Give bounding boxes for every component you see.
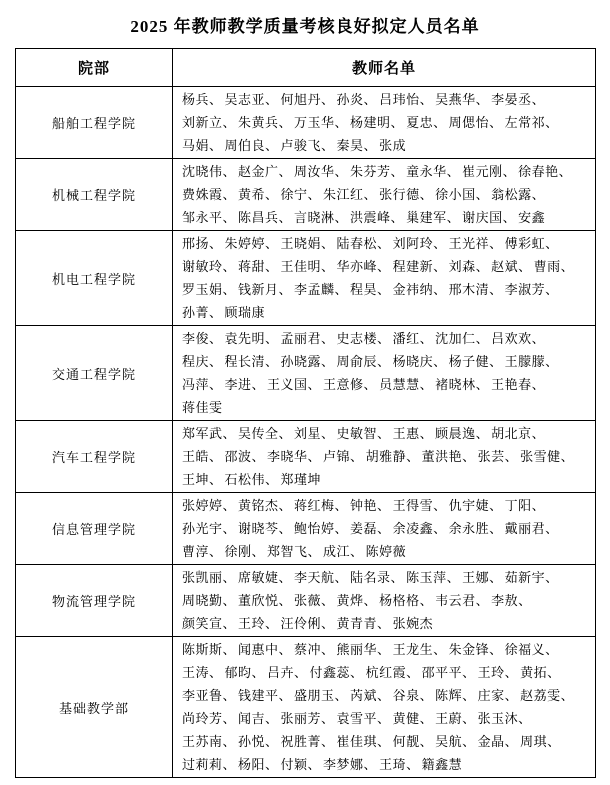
teacher-name: 左常祁、 bbox=[505, 111, 559, 134]
teacher-name: 茹新宇、 bbox=[505, 566, 559, 589]
teacher-name: 徐福义、 bbox=[505, 638, 559, 661]
teacher-name: 周琪、 bbox=[520, 730, 561, 753]
teacher-name: 顾瑞康 bbox=[225, 301, 266, 324]
teacher-name: 朱婷婷、 bbox=[225, 232, 279, 255]
teacher-name: 王艳春、 bbox=[491, 373, 545, 396]
teacher-name: 余凌鑫、 bbox=[393, 517, 447, 540]
teacher-name: 吕卉、 bbox=[267, 661, 308, 684]
teacher-name: 吕玮怡、 bbox=[379, 88, 433, 111]
teacher-list-cell: 郑军武、吴传全、刘星、史敏智、王惠、顾晨逸、胡北京、王皓、邵波、李晓华、卢锦、胡… bbox=[173, 421, 596, 493]
teacher-name: 冯萍、 bbox=[182, 373, 223, 396]
teacher-name: 程昊、 bbox=[350, 278, 391, 301]
teacher-name: 韦云君、 bbox=[435, 589, 489, 612]
teacher-name: 付颖、 bbox=[281, 753, 322, 776]
teacher-name: 陈玉萍、 bbox=[406, 566, 460, 589]
teacher-name: 芮斌、 bbox=[350, 684, 391, 707]
teacher-name: 席敏婕、 bbox=[238, 566, 292, 589]
teacher-name: 蔡冲、 bbox=[294, 638, 335, 661]
teacher-name: 赵金广、 bbox=[238, 160, 292, 183]
teacher-name: 秦昊、 bbox=[337, 134, 378, 157]
teacher-name: 董洪艳、 bbox=[422, 445, 476, 468]
document-title: 2025 年教师教学质量考核良好拟定人员名单 bbox=[15, 12, 595, 37]
teacher-name: 黄拓、 bbox=[520, 661, 561, 684]
teacher-name: 姜磊、 bbox=[350, 517, 391, 540]
teacher-name: 吴志亚、 bbox=[225, 88, 279, 111]
teacher-name: 褚晓林、 bbox=[435, 373, 489, 396]
table-row: 汽车工程学院郑军武、吴传全、刘星、史敏智、王惠、顾晨逸、胡北京、王皓、邵波、李晓… bbox=[16, 421, 596, 493]
teacher-name: 黄烨、 bbox=[337, 589, 378, 612]
table-header-row: 院部 教师名单 bbox=[16, 49, 596, 87]
teacher-name: 周晓勤、 bbox=[182, 589, 236, 612]
teacher-name: 周汝华、 bbox=[294, 160, 348, 183]
teacher-name: 郁昀、 bbox=[225, 661, 266, 684]
teacher-name: 陈斯斯、 bbox=[182, 638, 236, 661]
teacher-name: 王苏南、 bbox=[182, 730, 236, 753]
teacher-name: 曹淳、 bbox=[182, 540, 223, 563]
teacher-name: 余永胜、 bbox=[449, 517, 503, 540]
teacher-name: 赵荔雯、 bbox=[520, 684, 574, 707]
teacher-name: 言晓淋、 bbox=[294, 206, 348, 229]
teacher-name: 谢敏玲、 bbox=[182, 255, 236, 278]
department-cell: 机电工程学院 bbox=[16, 231, 173, 326]
teacher-name: 袁先明、 bbox=[225, 327, 279, 350]
teacher-name: 钟艳、 bbox=[350, 494, 391, 517]
teacher-name: 黄健、 bbox=[393, 707, 434, 730]
teacher-name: 王涛、 bbox=[182, 661, 223, 684]
teacher-name: 籍鑫慧 bbox=[422, 753, 463, 776]
teacher-name: 周俞辰、 bbox=[337, 350, 391, 373]
teacher-name: 刘星、 bbox=[294, 422, 335, 445]
teacher-name: 汪伶俐、 bbox=[281, 612, 335, 635]
teacher-name: 王玲、 bbox=[238, 612, 279, 635]
teacher-name: 曹雨、 bbox=[534, 255, 575, 278]
teacher-name: 王龙生、 bbox=[393, 638, 447, 661]
table-body: 船舶工程学院杨兵、吴志亚、何旭丹、孙炎、吕玮怡、吴燕华、李晏丞、刘新立、朱黄兵、… bbox=[16, 87, 596, 778]
document-page: 2025 年教师教学质量考核良好拟定人员名单 院部 教师名单 船舶工程学院杨兵、… bbox=[0, 0, 610, 785]
teacher-name: 闻惠中、 bbox=[238, 638, 292, 661]
teacher-name: 罗玉娟、 bbox=[182, 278, 236, 301]
teacher-name: 王玲、 bbox=[478, 661, 519, 684]
teacher-name: 王朦朦、 bbox=[505, 350, 559, 373]
teacher-name: 童永华、 bbox=[406, 160, 460, 183]
teacher-name: 鲍怡婷、 bbox=[294, 517, 348, 540]
teacher-name: 闻吉、 bbox=[238, 707, 279, 730]
teacher-name: 杨子健、 bbox=[449, 350, 503, 373]
teacher-name: 刘森、 bbox=[449, 255, 490, 278]
teacher-name: 傅彩虹、 bbox=[505, 232, 559, 255]
teacher-name: 张丽芳、 bbox=[281, 707, 335, 730]
teacher-name: 李俊、 bbox=[182, 327, 223, 350]
teacher-name: 徐刚、 bbox=[225, 540, 266, 563]
teacher-name: 过莉莉、 bbox=[182, 753, 236, 776]
department-cell: 船舶工程学院 bbox=[16, 87, 173, 159]
teacher-name: 丁阳、 bbox=[505, 494, 546, 517]
teacher-name: 金祎纳、 bbox=[393, 278, 447, 301]
teacher-name: 史敏智、 bbox=[337, 422, 391, 445]
teacher-name: 付鑫蕊、 bbox=[310, 661, 364, 684]
teacher-name: 谷泉、 bbox=[393, 684, 434, 707]
teacher-name: 徐宁、 bbox=[281, 183, 322, 206]
teacher-name: 朱江红、 bbox=[323, 183, 377, 206]
department-cell: 交通工程学院 bbox=[16, 326, 173, 421]
teacher-name: 吴燕华、 bbox=[435, 88, 489, 111]
teacher-name: 蒋佳雯 bbox=[182, 396, 223, 419]
teacher-name: 程长清、 bbox=[225, 350, 279, 373]
teacher-name: 李孟麟、 bbox=[294, 278, 348, 301]
teacher-name: 沈晓伟、 bbox=[182, 160, 236, 183]
teacher-name: 安鑫 bbox=[518, 206, 545, 229]
teacher-name: 袁雪平、 bbox=[337, 707, 391, 730]
teacher-name: 李敖、 bbox=[491, 589, 532, 612]
teacher-name: 李淑芳、 bbox=[505, 278, 559, 301]
teacher-list-cell: 沈晓伟、赵金广、周汝华、朱芬芳、童永华、崔元刚、徐春艳、费姝霞、黄希、徐宁、朱江… bbox=[173, 159, 596, 231]
teacher-name: 蒋红梅、 bbox=[294, 494, 348, 517]
teacher-name: 杨阳、 bbox=[238, 753, 279, 776]
teacher-name: 程庆、 bbox=[182, 350, 223, 373]
teacher-name: 卢锦、 bbox=[323, 445, 364, 468]
teacher-name: 胡雅静、 bbox=[366, 445, 420, 468]
teacher-name: 洪震峰、 bbox=[350, 206, 404, 229]
teacher-name: 刘新立、 bbox=[182, 111, 236, 134]
teacher-name: 李梦娜、 bbox=[323, 753, 377, 776]
teacher-name: 吕欢欢、 bbox=[491, 327, 545, 350]
teacher-name: 陈昌兵、 bbox=[238, 206, 292, 229]
teacher-list-cell: 张凯丽、席敏婕、李天航、陆名录、陈玉萍、王娜、茹新宇、周晓勤、董欣悦、张薇、黄烨… bbox=[173, 565, 596, 637]
personnel-table: 院部 教师名单 船舶工程学院杨兵、吴志亚、何旭丹、孙炎、吕玮怡、吴燕华、李晏丞、… bbox=[15, 48, 596, 778]
teacher-name: 费姝霞、 bbox=[182, 183, 236, 206]
teacher-name: 杭红霞、 bbox=[366, 661, 420, 684]
teacher-list-cell: 李俊、袁先明、孟丽君、史志楼、潘红、沈加仁、吕欢欢、程庆、程长清、孙晓露、周俞辰… bbox=[173, 326, 596, 421]
teacher-name: 顾晨逸、 bbox=[435, 422, 489, 445]
teacher-name: 张薇、 bbox=[294, 589, 335, 612]
teacher-name: 熊丽华、 bbox=[337, 638, 391, 661]
teacher-name: 吴航、 bbox=[435, 730, 476, 753]
department-cell: 物流管理学院 bbox=[16, 565, 173, 637]
department-cell: 机械工程学院 bbox=[16, 159, 173, 231]
teacher-name: 陆名录、 bbox=[350, 566, 404, 589]
table-row: 信息管理学院张婷婷、黄铭杰、蒋红梅、钟艳、王得雪、仇宇婕、丁阳、孙光宇、谢晓芩、… bbox=[16, 493, 596, 565]
teacher-name: 尚玲芳、 bbox=[182, 707, 236, 730]
teacher-name: 王琦、 bbox=[379, 753, 420, 776]
teacher-name: 张凯丽、 bbox=[182, 566, 236, 589]
column-header-department: 院部 bbox=[16, 49, 173, 87]
teacher-name: 李天航、 bbox=[294, 566, 348, 589]
teacher-name: 谢晓芩、 bbox=[238, 517, 292, 540]
teacher-name: 郑瑾坤 bbox=[281, 468, 322, 491]
teacher-name: 盛朋玉、 bbox=[294, 684, 348, 707]
teacher-name: 胡北京、 bbox=[491, 422, 545, 445]
teacher-name: 王得雪、 bbox=[393, 494, 447, 517]
teacher-name: 万玉华、 bbox=[294, 111, 348, 134]
teacher-name: 刘阿玲、 bbox=[393, 232, 447, 255]
table-row: 机械工程学院沈晓伟、赵金广、周汝华、朱芬芳、童永华、崔元刚、徐春艳、费姝霞、黄希… bbox=[16, 159, 596, 231]
teacher-name: 夏忠、 bbox=[406, 111, 447, 134]
teacher-name: 张芸、 bbox=[478, 445, 519, 468]
teacher-name: 李亚鲁、 bbox=[182, 684, 236, 707]
table-row: 物流管理学院张凯丽、席敏婕、李天航、陆名录、陈玉萍、王娜、茹新宇、周晓勤、董欣悦… bbox=[16, 565, 596, 637]
table-row: 交通工程学院李俊、袁先明、孟丽君、史志楼、潘红、沈加仁、吕欢欢、程庆、程长清、孙… bbox=[16, 326, 596, 421]
department-cell: 基础教学部 bbox=[16, 637, 173, 778]
teacher-name: 史志楼、 bbox=[337, 327, 391, 350]
teacher-name: 张婉杰 bbox=[393, 612, 434, 635]
teacher-name: 蒋甜、 bbox=[238, 255, 279, 278]
teacher-name: 孙炎、 bbox=[337, 88, 378, 111]
teacher-name: 沈加仁、 bbox=[435, 327, 489, 350]
teacher-name: 周伯良、 bbox=[225, 134, 279, 157]
department-cell: 汽车工程学院 bbox=[16, 421, 173, 493]
teacher-name: 石松伟、 bbox=[225, 468, 279, 491]
teacher-name: 何靓、 bbox=[393, 730, 434, 753]
teacher-name: 李晓华、 bbox=[267, 445, 321, 468]
teacher-name: 王晓娟、 bbox=[281, 232, 335, 255]
teacher-name: 仇宇婕、 bbox=[449, 494, 503, 517]
teacher-name: 李进、 bbox=[225, 373, 266, 396]
teacher-name: 王佳明、 bbox=[281, 255, 335, 278]
teacher-name: 王光祥、 bbox=[449, 232, 503, 255]
teacher-name: 徐春艳、 bbox=[518, 160, 572, 183]
teacher-name: 王惠、 bbox=[393, 422, 434, 445]
teacher-name: 王皓、 bbox=[182, 445, 223, 468]
teacher-name: 吴传全、 bbox=[238, 422, 292, 445]
teacher-list-cell: 邢扬、朱婷婷、王晓娟、陆春松、刘阿玲、王光祥、傅彩虹、谢敏玲、蒋甜、王佳明、华亦… bbox=[173, 231, 596, 326]
teacher-name: 庄家、 bbox=[478, 684, 519, 707]
teacher-name: 王意修、 bbox=[323, 373, 377, 396]
table-row: 机电工程学院邢扬、朱婷婷、王晓娟、陆春松、刘阿玲、王光祥、傅彩虹、谢敏玲、蒋甜、… bbox=[16, 231, 596, 326]
teacher-name: 杨晓庆、 bbox=[393, 350, 447, 373]
teacher-name: 赵斌、 bbox=[491, 255, 532, 278]
teacher-name: 杨兵、 bbox=[182, 88, 223, 111]
teacher-name: 卢骏飞、 bbox=[281, 134, 335, 157]
teacher-name: 祝胜菁、 bbox=[281, 730, 335, 753]
teacher-name: 陆春松、 bbox=[337, 232, 391, 255]
teacher-name: 王坤、 bbox=[182, 468, 223, 491]
teacher-name: 黄青青、 bbox=[337, 612, 391, 635]
teacher-name: 王娜、 bbox=[462, 566, 503, 589]
teacher-name: 谢庆国、 bbox=[462, 206, 516, 229]
teacher-name: 王蔚、 bbox=[435, 707, 476, 730]
teacher-name: 邵波、 bbox=[225, 445, 266, 468]
teacher-name: 钱新月、 bbox=[238, 278, 292, 301]
teacher-name: 郑军武、 bbox=[182, 422, 236, 445]
teacher-name: 张行德、 bbox=[379, 183, 433, 206]
teacher-name: 巢建军、 bbox=[406, 206, 460, 229]
department-cell: 信息管理学院 bbox=[16, 493, 173, 565]
teacher-list-cell: 陈斯斯、闻惠中、蔡冲、熊丽华、王龙生、朱金锋、徐福义、王涛、郁昀、吕卉、付鑫蕊、… bbox=[173, 637, 596, 778]
teacher-name: 金晶、 bbox=[478, 730, 519, 753]
teacher-name: 周偲怡、 bbox=[449, 111, 503, 134]
teacher-name: 杨建明、 bbox=[350, 111, 404, 134]
teacher-name: 崔元刚、 bbox=[462, 160, 516, 183]
teacher-name: 颜笑宣、 bbox=[182, 612, 236, 635]
teacher-name: 邢扬、 bbox=[182, 232, 223, 255]
teacher-name: 戴丽君、 bbox=[505, 517, 559, 540]
teacher-name: 张成 bbox=[379, 134, 406, 157]
teacher-name: 张玉沐、 bbox=[478, 707, 532, 730]
teacher-name: 孙菁、 bbox=[182, 301, 223, 324]
teacher-name: 何旭丹、 bbox=[281, 88, 335, 111]
table-row: 船舶工程学院杨兵、吴志亚、何旭丹、孙炎、吕玮怡、吴燕华、李晏丞、刘新立、朱黄兵、… bbox=[16, 87, 596, 159]
teacher-name: 朱黄兵、 bbox=[238, 111, 292, 134]
teacher-name: 崔佳琪、 bbox=[337, 730, 391, 753]
teacher-name: 郑智飞、 bbox=[267, 540, 321, 563]
teacher-name: 朱芬芳、 bbox=[350, 160, 404, 183]
teacher-name: 孙悦、 bbox=[238, 730, 279, 753]
table-row: 基础教学部陈斯斯、闻惠中、蔡冲、熊丽华、王龙生、朱金锋、徐福义、王涛、郁昀、吕卉… bbox=[16, 637, 596, 778]
column-header-teacher-list: 教师名单 bbox=[173, 49, 596, 87]
teacher-name: 邵平平、 bbox=[422, 661, 476, 684]
teacher-name: 马娟、 bbox=[182, 134, 223, 157]
teacher-name: 董欣悦、 bbox=[238, 589, 292, 612]
teacher-name: 张婷婷、 bbox=[182, 494, 236, 517]
teacher-name: 孙光宇、 bbox=[182, 517, 236, 540]
teacher-name: 钱建平、 bbox=[238, 684, 292, 707]
teacher-name: 成江、 bbox=[323, 540, 364, 563]
teacher-name: 孙晓露、 bbox=[281, 350, 335, 373]
teacher-name: 杨格格、 bbox=[379, 589, 433, 612]
teacher-name: 邢木清、 bbox=[449, 278, 503, 301]
teacher-name: 陈婷薇 bbox=[366, 540, 407, 563]
teacher-name: 李晏丞、 bbox=[491, 88, 545, 111]
teacher-name: 朱金锋、 bbox=[449, 638, 503, 661]
teacher-name: 员慧慧、 bbox=[379, 373, 433, 396]
teacher-name: 王义国、 bbox=[267, 373, 321, 396]
teacher-name: 孟丽君、 bbox=[281, 327, 335, 350]
teacher-name: 黄希、 bbox=[238, 183, 279, 206]
teacher-name: 邹永平、 bbox=[182, 206, 236, 229]
teacher-list-cell: 张婷婷、黄铭杰、蒋红梅、钟艳、王得雪、仇宇婕、丁阳、孙光宇、谢晓芩、鲍怡婷、姜磊… bbox=[173, 493, 596, 565]
teacher-name: 陈辉、 bbox=[435, 684, 476, 707]
teacher-name: 徐小国、 bbox=[435, 183, 489, 206]
teacher-name: 程建新、 bbox=[393, 255, 447, 278]
teacher-name: 张雪健、 bbox=[520, 445, 574, 468]
teacher-name: 翁松露、 bbox=[491, 183, 545, 206]
teacher-name: 潘红、 bbox=[393, 327, 434, 350]
teacher-name: 黄铭杰、 bbox=[238, 494, 292, 517]
teacher-name: 华亦峰、 bbox=[337, 255, 391, 278]
teacher-list-cell: 杨兵、吴志亚、何旭丹、孙炎、吕玮怡、吴燕华、李晏丞、刘新立、朱黄兵、万玉华、杨建… bbox=[173, 87, 596, 159]
